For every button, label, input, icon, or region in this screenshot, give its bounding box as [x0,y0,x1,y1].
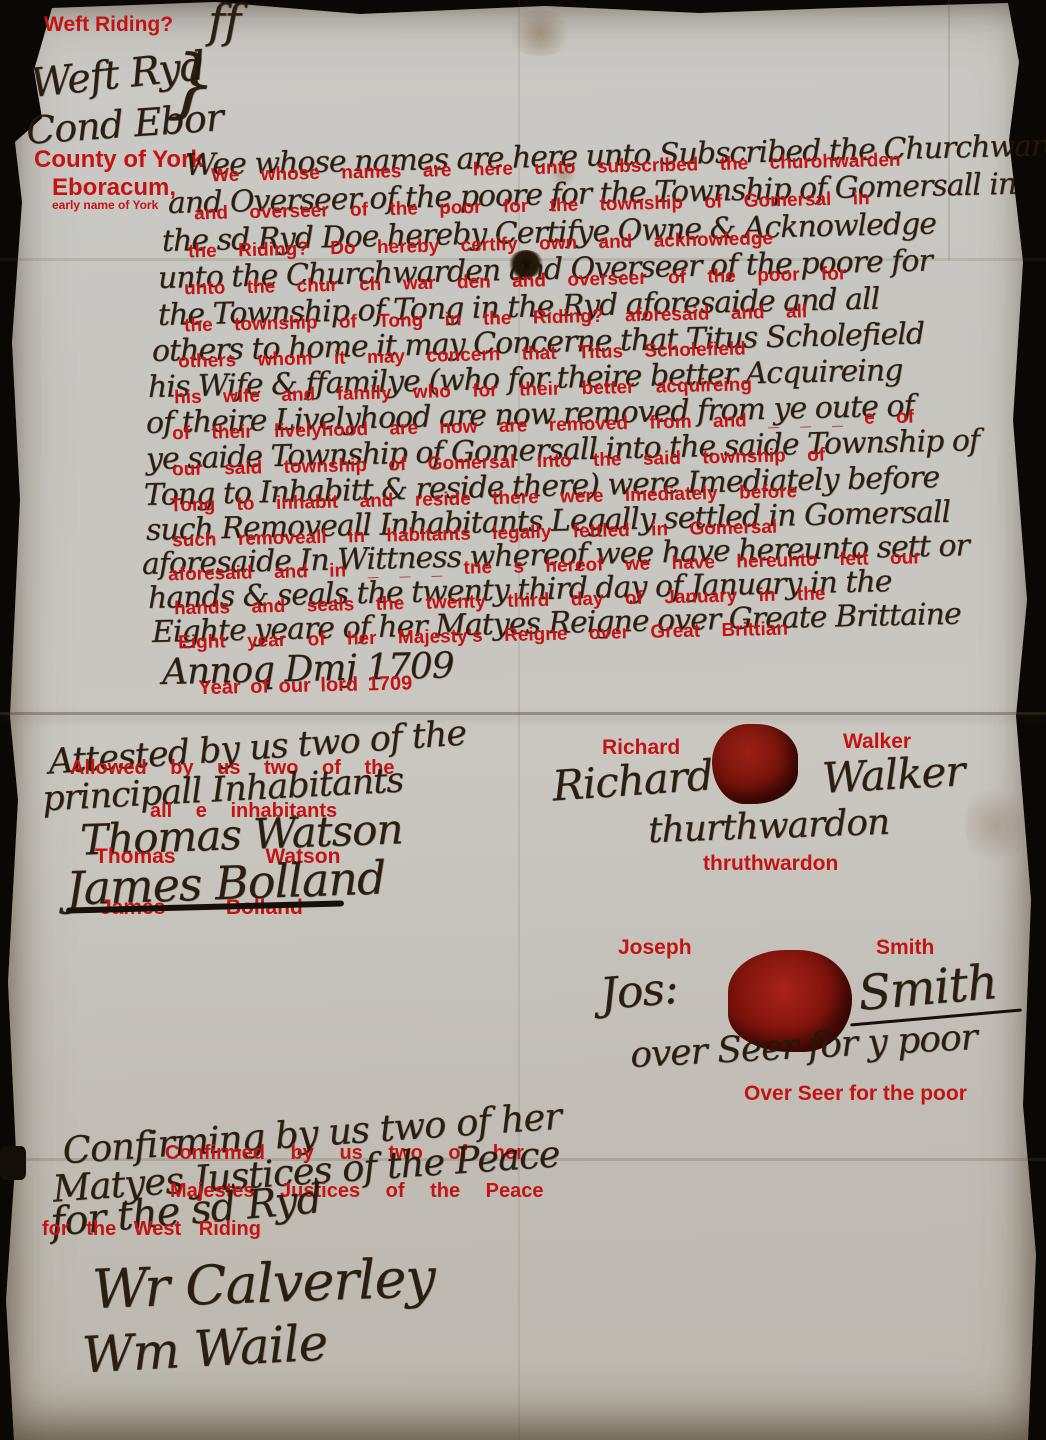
signature-jos: Jos: [598,963,680,1021]
annotation-eboracum-note: early name of York [52,198,158,212]
annotation-overseer-title: Over Seer for the poor [744,1082,967,1106]
wax-seal-blob [712,724,798,804]
paper-stain [0,1146,26,1180]
script-churchwarden-title: thurthwardon [647,802,889,851]
annotation-county-of-york: County of York [34,146,204,174]
paper-stain [965,780,1025,870]
signature-walker: Walker [821,746,966,802]
annotation-west-riding-line: for the West Riding [42,1218,261,1241]
fold-crease [0,712,1046,715]
signature-calverley: Wr Calverley [91,1246,436,1321]
annotation-smith: Smith [876,936,934,960]
document-scan: Weft Riding? ff Weft Ryd } Cond Ebor Cou… [0,0,1046,1440]
wax-seal [712,724,798,804]
paper-stain [505,10,575,56]
annotation-west-riding: Weft Riding? [44,13,173,37]
annotation-line: Year of our lord 1709 [198,672,412,700]
annotation-churchwarden-title: thruthwardon [703,852,838,876]
annotation-joseph: Joseph [618,936,692,960]
